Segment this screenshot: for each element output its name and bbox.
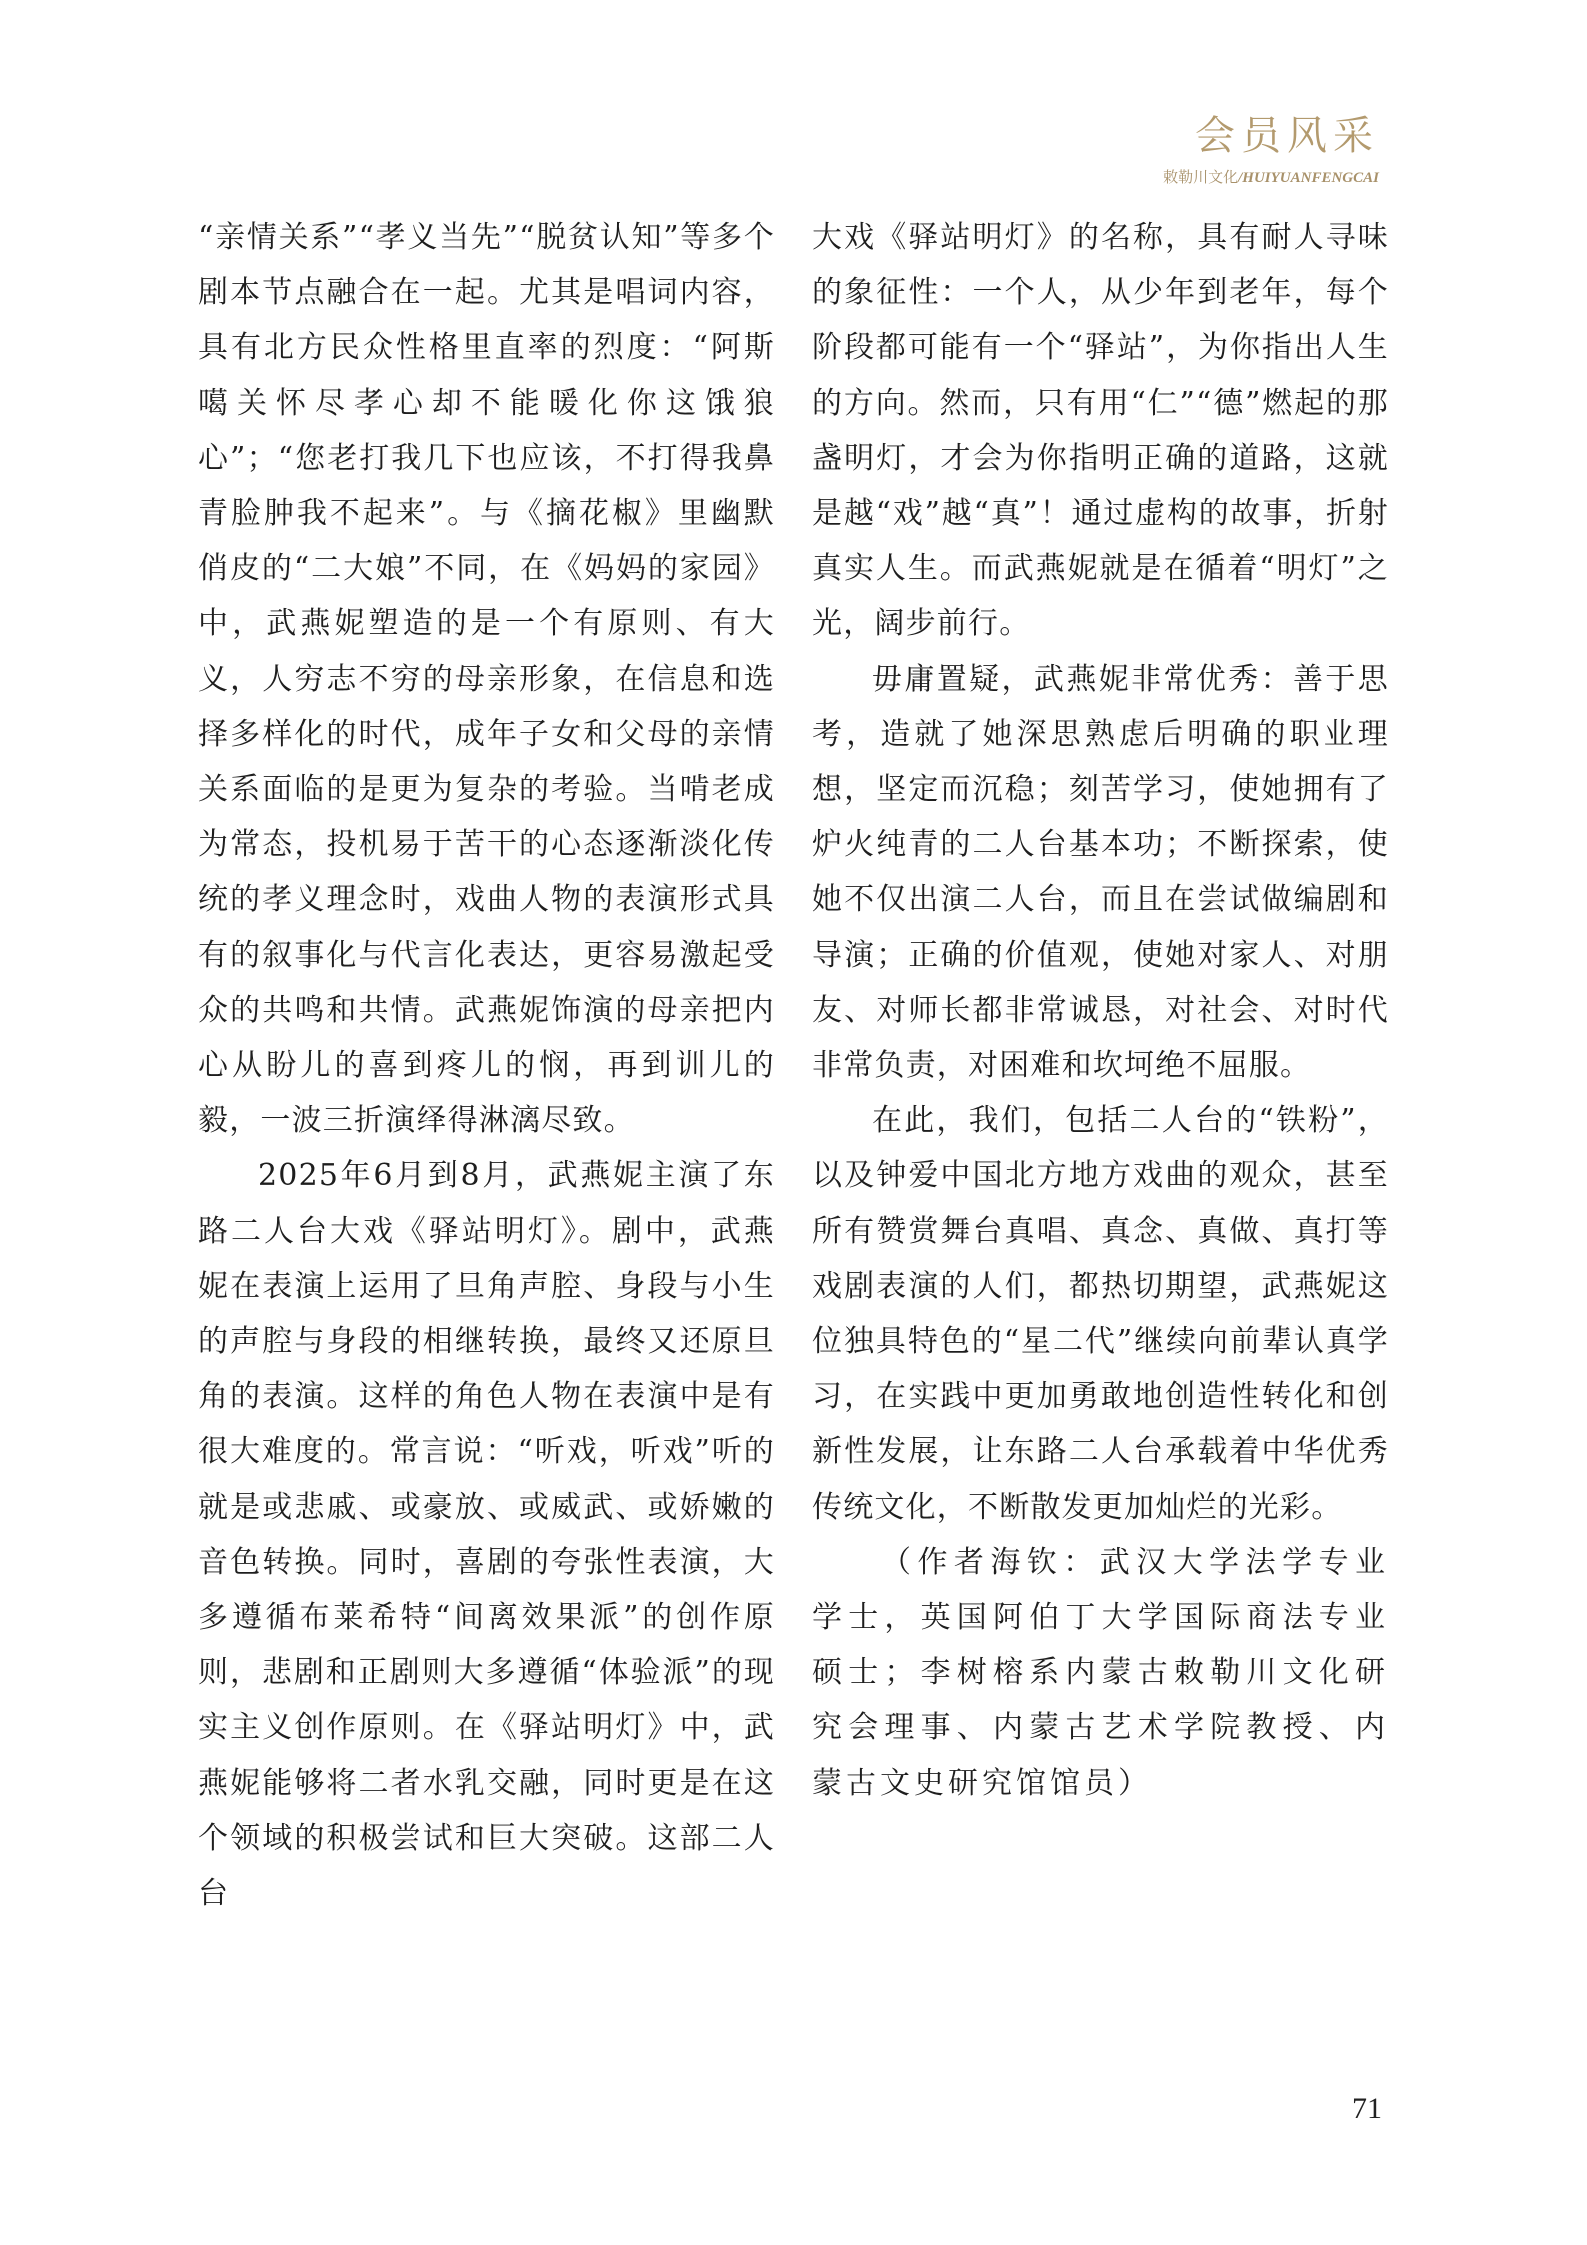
page-number: 71	[1352, 2092, 1382, 2126]
paragraph: 在此，我们，包括二人台的“铁粉”，以及钟爱中国北方地方戏曲的观众，甚至所有赞赏舞…	[812, 1093, 1389, 1535]
paragraph: 毋庸置疑，武燕妮非常优秀：善于思考，造就了她深思熟虑后明确的职业理想，坚定而沉稳…	[812, 652, 1389, 1094]
paragraph: 大戏《驿站明灯》的名称，具有耐人寻味的象征性：一个人，从少年到老年，每个阶段都可…	[812, 210, 1389, 652]
right-column: 大戏《驿站明灯》的名称，具有耐人寻味的象征性：一个人，从少年到老年，每个阶段都可…	[812, 210, 1389, 1811]
paragraph: 2025年6月到8月，武燕妮主演了东路二人台大戏《驿站明灯》。剧中，武燕妮在表演…	[198, 1148, 775, 1921]
subtitle-en: HUIYUANFENGCAI	[1242, 170, 1379, 186]
section-subtitle: 敕勒川文化/HUIYUANFENGCAI	[1163, 166, 1379, 189]
left-column: “亲情关系”“孝义当先”“脱贫认知”等多个剧本节点融合在一起。尤其是唱词内容，具…	[198, 210, 775, 1921]
section-title: 会员风采	[1163, 112, 1379, 160]
section-header: 会员风采 敕勒川文化/HUIYUANFENGCAI	[1163, 112, 1379, 189]
author-note: （作者海钦：武汉大学法学专业学士，英国阿伯丁大学国际商法专业硕士；李树榕系内蒙古…	[812, 1535, 1389, 1811]
subtitle-cn: 敕勒川文化	[1163, 168, 1238, 186]
paragraph: “亲情关系”“孝义当先”“脱贫认知”等多个剧本节点融合在一起。尤其是唱词内容，具…	[198, 210, 775, 1148]
